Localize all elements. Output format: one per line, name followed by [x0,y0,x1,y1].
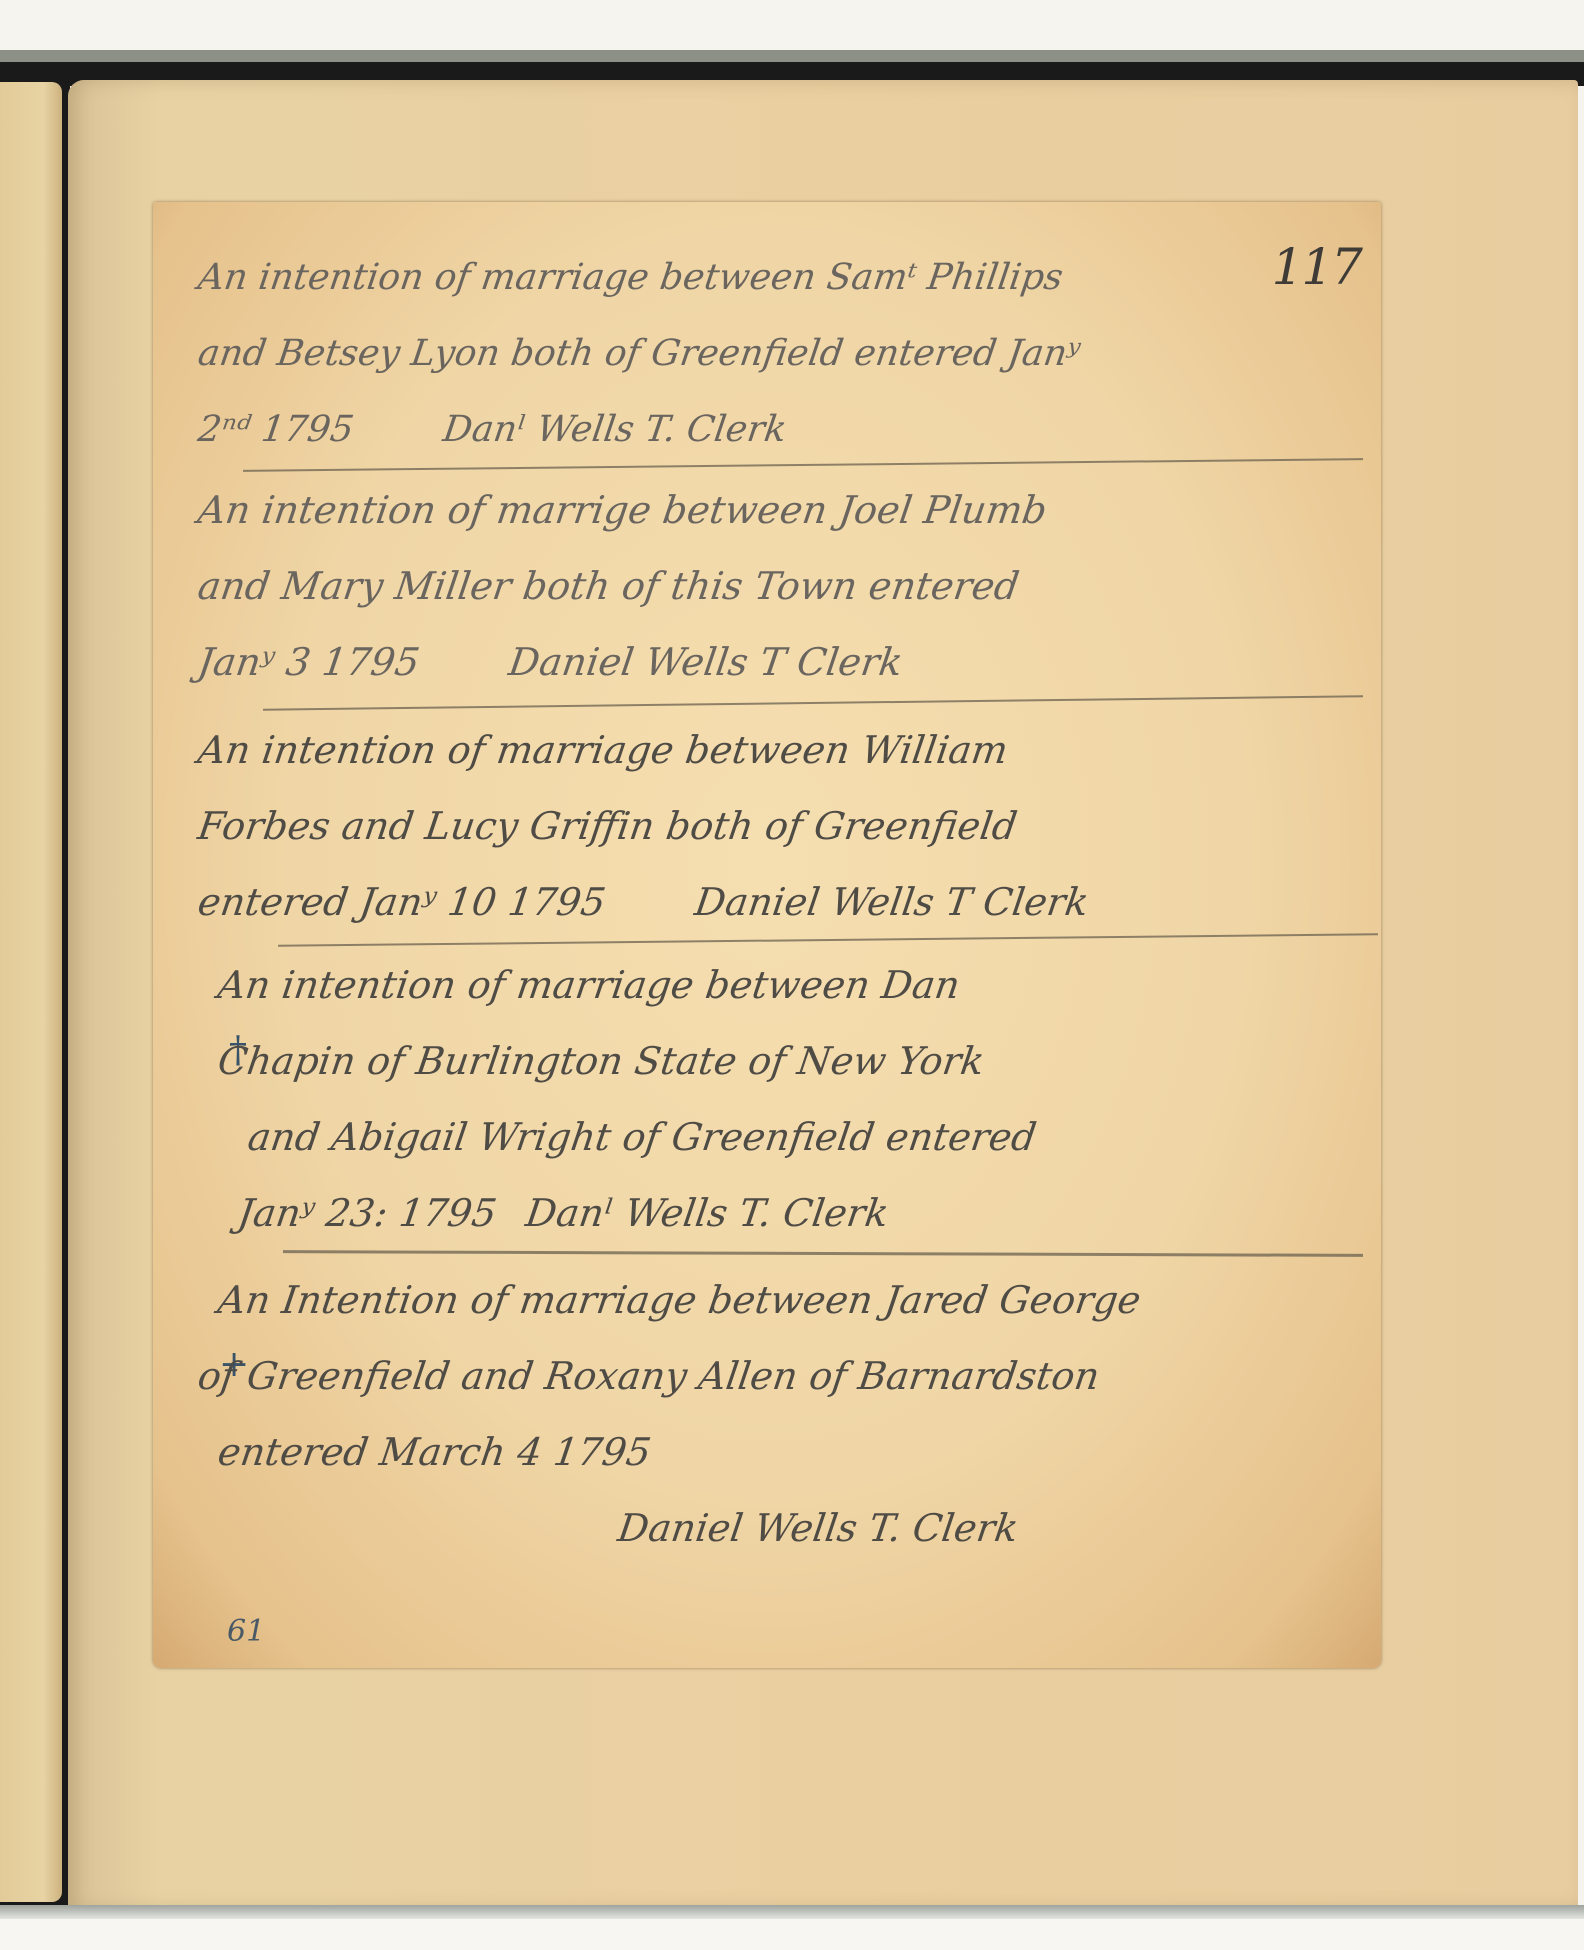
entry-line: An Intention of marriage between Jared G… [193,1262,1374,1338]
marriage-entry: An Intention of marriage between Jared G… [193,1262,1363,1566]
entry-line-with-signature: Janʸ 23: 1795Danˡ Wells T. Clerk [193,1175,1374,1251]
entry-date: Janʸ 23: 1795 [235,1191,499,1235]
clerk-signature: Danˡ Wells T. Clerk [521,1175,894,1251]
clerk-signature: Daniel Wells T. Clerk [193,1490,1374,1566]
entry-date: Janʸ 3 1795 [195,640,422,684]
torn-edge-shadow [0,1905,1584,1919]
entry-line-with-signature: entered Janʸ 10 1795Daniel Wells T Clerk [193,864,1374,940]
facing-page-edge [0,82,62,1902]
marriage-entry: An intention of marrige between Joel Plu… [193,472,1363,700]
entry-line-with-signature: Janʸ 3 1795Daniel Wells T Clerk [193,624,1374,700]
entry-line: An intention of marrige between Joel Plu… [193,472,1374,548]
entry-line: An intention of marriage between Dan [193,947,1374,1023]
entry-date: entered Janʸ 10 1795 [195,880,608,924]
clerk-signature: Daniel Wells T Clerk [690,864,1094,940]
entry-divider [283,1250,1363,1257]
marriage-entry: An intention of marriage between William… [193,712,1363,940]
entry-line: of Greenfield and Roxany Allen of Barnar… [193,1338,1374,1414]
clerk-signature: Danˡ Wells T. Clerk [438,392,792,468]
entry-line: entered March 4 1795 [193,1414,1374,1490]
entry-line: and Abigail Wright of Greenfield entered [193,1099,1374,1175]
document-scan: 117 An intention of marriage between Sam… [0,0,1584,1950]
folio-mark: 61 [227,1614,265,1649]
entry-line-with-signature: 2ⁿᵈ 1795Danˡ Wells T. Clerk [193,392,1374,468]
entry-date: 2ⁿᵈ 1795 [196,409,357,450]
entry-line: Forbes and Lucy Griffin both of Greenfie… [193,788,1374,864]
entry-line: and Betsey Lyon both of Greenfield enter… [193,316,1374,392]
entry-line: An intention of marriage between William [193,712,1374,788]
marriage-entry: An intention of marriage between Samᵗ Ph… [193,240,1363,468]
entry-line: and Mary Miller both of this Town entere… [193,548,1374,624]
marriage-entry: An intention of marriage between Dan Cha… [193,947,1363,1251]
clerk-signature: Daniel Wells T Clerk [504,624,908,700]
entry-line: Chapin of Burlington State of New York [193,1023,1374,1099]
register-leaf: 117 An intention of marriage between Sam… [153,202,1381,1668]
entry-line: An intention of marriage between Samᵗ Ph… [193,240,1374,316]
